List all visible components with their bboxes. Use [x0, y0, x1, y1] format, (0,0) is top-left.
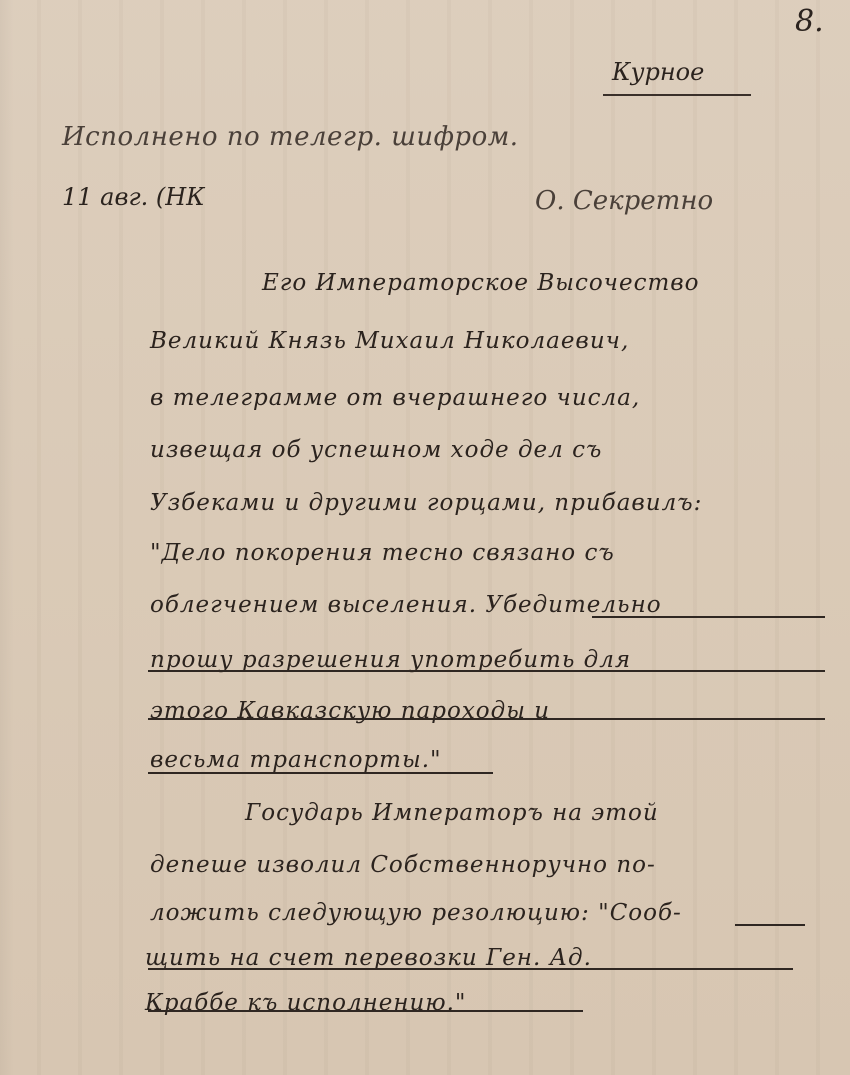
marginal-note-executed: Исполнено по телегр. шифром.: [62, 122, 519, 152]
body-line: извещая об успешном ходе дел съ: [150, 437, 602, 463]
header-note: Курное: [612, 58, 704, 86]
underline: [148, 968, 793, 970]
body-line: "Дело покорения тесно связано съ: [150, 540, 615, 566]
underline: [592, 616, 825, 618]
body-line: ложить следующую резолюцию: "Сооб-: [150, 900, 682, 926]
body-line: Узбеками и другими горцами, прибавилъ:: [150, 490, 702, 516]
body-line: облегчением выселения. Убедительно: [150, 592, 662, 618]
underline: [735, 924, 805, 926]
body-line: депеше изволил Собственноручно по-: [150, 852, 656, 878]
body-line: Государь Императоръ на этой: [245, 800, 659, 826]
body-line: весьма транспорты.": [150, 747, 442, 773]
header-note-underline: [603, 94, 751, 96]
underline: [148, 718, 825, 720]
underline: [148, 772, 493, 774]
document-page: 8. Курное Исполнено по телегр. шифром. 1…: [0, 0, 850, 1075]
body-line: Его Императорское Высочество: [262, 270, 700, 296]
underline: [148, 670, 825, 672]
body-line: этого Кавказскую пароходы и: [150, 698, 550, 724]
marginal-note-secret: О. Секретно: [535, 186, 713, 216]
underline: [148, 1010, 583, 1012]
body-line: в телеграмме от вчерашнего числа,: [150, 385, 640, 411]
marginal-note-date: 11 авг. (НК: [62, 183, 205, 211]
page-number: 8.: [795, 4, 824, 39]
body-line: Великий Князь Михаил Николаевич,: [150, 328, 629, 354]
body-line: Краббе къ исполнению.": [145, 990, 466, 1016]
